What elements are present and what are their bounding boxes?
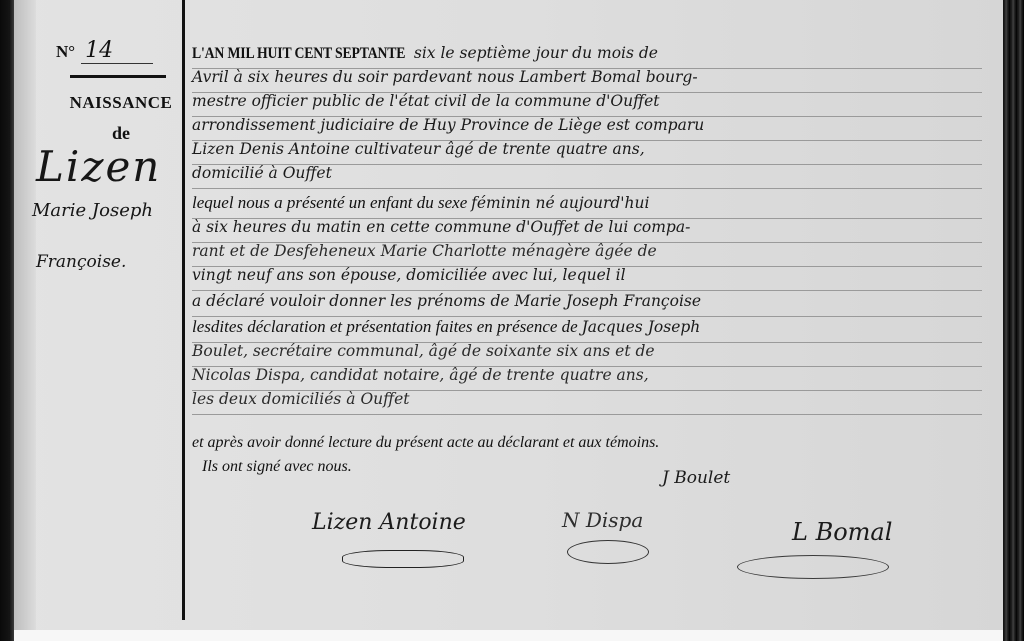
record-line: a déclaré vouloir donner les prénoms de …	[192, 288, 982, 317]
handwritten-text: domicilié à Ouffet	[192, 164, 332, 182]
closing-statement: et après avoir donné lecture du présent …	[192, 434, 659, 452]
signature-witness-boulet: J Boulet	[662, 468, 730, 488]
handwritten-text: à six heures du matin en cette commune d…	[192, 218, 690, 236]
handwritten-text: vingt neuf ans son épouse, domiciliée av…	[192, 266, 626, 284]
handwritten-text: rant et de Desfeheneux Marie Charlotte m…	[192, 242, 657, 260]
right-binding	[1003, 0, 1024, 641]
handwritten-text: mestre officier public de l'état civil d…	[192, 92, 659, 110]
handwritten-text: a déclaré vouloir donner les prénoms de …	[192, 292, 701, 310]
handwritten-text: Avril à six heures du soir pardevant nou…	[192, 68, 698, 86]
left-binding	[0, 0, 14, 641]
signature-flourish	[737, 555, 889, 579]
handwritten-text: les deux domiciliés à Ouffet	[192, 390, 410, 408]
signature-witness-dispa: N Dispa	[562, 508, 643, 532]
handwritten-text: six le septième jour du mois de	[414, 44, 658, 62]
margin-separator	[70, 75, 166, 78]
act-number-label: N°	[56, 42, 75, 61]
handwritten-text: Jacques Joseph	[582, 318, 701, 336]
register-page: N°14 NAISSANCE de Lizen Marie Joseph Fra…	[0, 0, 1024, 641]
record-line: les deux domiciliés à Ouffet	[192, 386, 982, 415]
record-type-heading: NAISSANCE	[56, 93, 186, 113]
signature-flourish	[342, 550, 464, 568]
handwritten-text: Boulet, secrétaire communal, âgé de soix…	[192, 342, 655, 360]
handwritten-text: Nicolas Dispa, candidat notaire, âgé de …	[192, 366, 649, 384]
signature-declarant: Lizen Antoine	[312, 510, 466, 535]
record-type-de: de	[56, 123, 186, 144]
record-line: vingt neuf ans son épouse, domiciliée av…	[192, 262, 982, 291]
printed-text: lequel nous a présenté un enfant du sexe	[192, 193, 467, 212]
handwritten-text: féminin né aujourd'hui	[471, 194, 649, 212]
record-line: domicilié à Ouffet	[192, 160, 982, 189]
act-number: N°14	[56, 38, 186, 63]
page-bottom-edge	[0, 630, 1024, 641]
record-body: L'AN MIL HUIT CENT SEPTANTE six le septi…	[192, 40, 1002, 630]
left-binding-shadow	[14, 0, 36, 630]
act-number-value: 14	[81, 38, 153, 64]
closing-signed: Ils ont signé avec nous.	[202, 458, 352, 476]
handwritten-text: Lizen Denis Antoine cultivateur âgé de t…	[192, 140, 645, 158]
child-given-names-2: Françoise.	[36, 252, 126, 272]
child-surname: Lizen	[36, 142, 161, 191]
child-given-names-1: Marie Joseph	[32, 200, 153, 221]
signature-officer: L Bomal	[792, 518, 892, 546]
signature-flourish	[567, 540, 649, 564]
printed-text: lesdites déclaration et présentation fai…	[192, 317, 578, 336]
handwritten-text: arrondissement judiciaire de Huy Provinc…	[192, 116, 704, 134]
margin-column: N°14 NAISSANCE de Lizen Marie Joseph Fra…	[36, 30, 181, 590]
